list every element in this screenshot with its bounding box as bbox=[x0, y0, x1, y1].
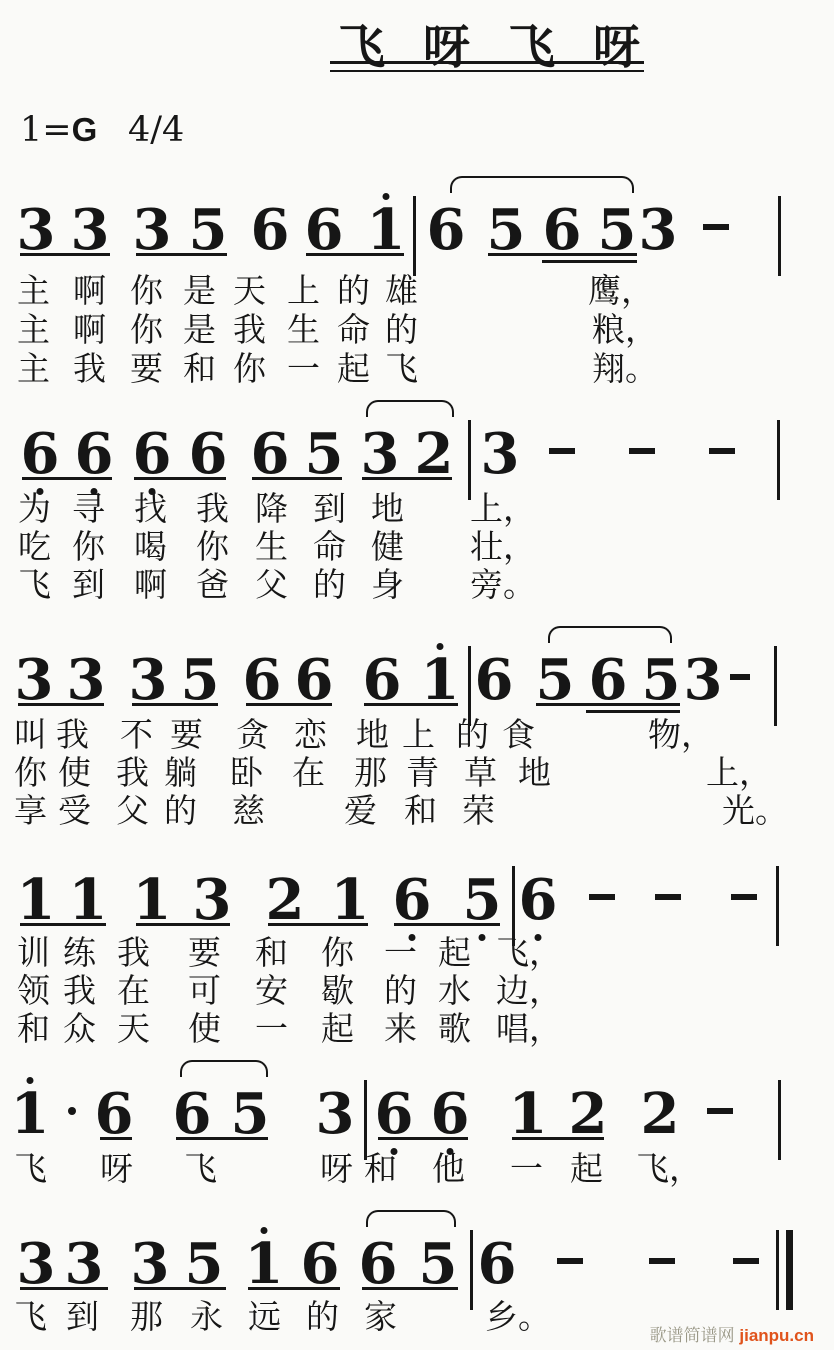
lyric-syllable: 那 bbox=[130, 1300, 163, 1333]
barline bbox=[778, 196, 781, 276]
beam-underline bbox=[20, 923, 106, 926]
note-digit: 5 bbox=[305, 426, 344, 482]
note-digit: 3 bbox=[481, 426, 520, 482]
key-prefix: 1= bbox=[20, 110, 72, 150]
note-digit: 6 bbox=[243, 652, 282, 708]
high-octave-dot bbox=[437, 643, 444, 650]
beam-underline bbox=[134, 1287, 226, 1290]
lyric-syllable: 使 bbox=[58, 756, 91, 789]
note-digit: 1 bbox=[11, 1086, 50, 1142]
lyric-syllable: 爱 bbox=[344, 794, 377, 827]
lyric-syllable: 啊 bbox=[73, 274, 106, 307]
lyric-syllable: 旁。 bbox=[470, 568, 536, 601]
lyric-syllable: 家 bbox=[364, 1300, 397, 1333]
high-octave-dot bbox=[27, 1077, 34, 1084]
note-digit: 1 bbox=[331, 872, 370, 928]
key-tonic: G bbox=[72, 111, 98, 148]
note-digit: 6 bbox=[475, 652, 514, 708]
lyric-syllable: 的 bbox=[164, 794, 197, 827]
barline bbox=[777, 420, 780, 500]
lyric-syllable: 命 bbox=[337, 313, 370, 346]
note-digit: 3 bbox=[15, 652, 54, 708]
lyric-syllable: 起 bbox=[438, 936, 471, 969]
lyric-syllable: 你 bbox=[196, 530, 229, 563]
lyric-syllable: 啊 bbox=[73, 313, 106, 346]
lyric-syllable: 找 bbox=[134, 492, 167, 525]
lyric-syllable: 要 bbox=[188, 936, 221, 969]
note-digit: 5 bbox=[189, 202, 228, 258]
note-digit: 6 bbox=[95, 1086, 134, 1142]
note-digit: 3 bbox=[639, 202, 678, 258]
lyric-syllable: 命 bbox=[313, 530, 346, 563]
lyric-syllable: 和 bbox=[404, 794, 437, 827]
lyric-syllable: 是 bbox=[183, 274, 216, 307]
note-digit: 6 bbox=[393, 872, 432, 928]
beam-underline bbox=[20, 253, 110, 256]
note-digit: 6 bbox=[133, 426, 172, 482]
beam-underline bbox=[536, 703, 680, 706]
note-digit: 3 bbox=[71, 202, 110, 258]
lyric-syllable: 是 bbox=[183, 313, 216, 346]
lyric-syllable: 身 bbox=[371, 568, 404, 601]
lyric-syllable: 边， bbox=[496, 974, 562, 1007]
final-barline-thin bbox=[776, 1230, 779, 1310]
lyric-syllable: 一 bbox=[510, 1152, 543, 1185]
watermark-site-url: jianpu.cn bbox=[739, 1326, 814, 1345]
lyric-syllable: 我 bbox=[196, 492, 229, 525]
beam-underline bbox=[22, 477, 112, 480]
note-digit: 6 bbox=[189, 426, 228, 482]
lyric-syllable: 的 bbox=[456, 718, 489, 751]
lyric-syllable: 荣 bbox=[462, 794, 495, 827]
lyric-syllable: 你 bbox=[233, 352, 266, 385]
lyric-syllable: 和 bbox=[255, 936, 288, 969]
note-digit: 1 bbox=[133, 872, 172, 928]
time-signature: 4/4 bbox=[128, 110, 184, 150]
slur-arc bbox=[180, 1060, 268, 1077]
beam-underline bbox=[394, 923, 500, 926]
watermark-site-name: 歌谱简谱网 bbox=[650, 1326, 735, 1345]
lyric-syllable: 众 bbox=[63, 1012, 96, 1045]
note-digit: 2 bbox=[415, 426, 454, 482]
note-digit: 3 bbox=[133, 202, 172, 258]
lyric-syllable: 降 bbox=[255, 492, 288, 525]
lyric-syllable: 天 bbox=[233, 274, 266, 307]
beam-underline bbox=[176, 1137, 268, 1140]
duration-dash bbox=[557, 1258, 583, 1264]
lyric-syllable: 要 bbox=[170, 718, 203, 751]
slur-arc bbox=[366, 1210, 456, 1227]
lyric-syllable: 一 bbox=[287, 352, 320, 385]
lyric-syllable: 一 bbox=[384, 936, 417, 969]
final-barline-thick bbox=[786, 1230, 793, 1310]
lyric-syllable: 你 bbox=[130, 274, 163, 307]
lyric-syllable: 你 bbox=[14, 756, 47, 789]
note-digit: 5 bbox=[536, 652, 575, 708]
lyric-syllable: 食 bbox=[502, 718, 535, 751]
beam-underline bbox=[18, 703, 104, 706]
lyric-syllable: 起 bbox=[570, 1152, 603, 1185]
note-digit: 6 bbox=[251, 202, 290, 258]
lyric-syllable: 主 bbox=[17, 274, 50, 307]
beam-underline bbox=[134, 477, 226, 480]
lyric-syllable: 父 bbox=[255, 568, 288, 601]
slur-arc bbox=[366, 400, 454, 417]
beam-underline bbox=[512, 1137, 604, 1140]
lyric-syllable: 爸 bbox=[196, 568, 229, 601]
note-digit: 3 bbox=[129, 652, 168, 708]
lyric-syllable: 生 bbox=[255, 530, 288, 563]
note-digit: 6 bbox=[21, 426, 60, 482]
lyric-syllable: 主 bbox=[17, 352, 50, 385]
lyric-syllable: 上 bbox=[402, 718, 435, 751]
high-octave-dot bbox=[383, 193, 390, 200]
lyric-syllable: 起 bbox=[321, 1012, 354, 1045]
note-digit: 5 bbox=[419, 1236, 458, 1292]
lyric-syllable: 的 bbox=[337, 274, 370, 307]
lyric-syllable: 到 bbox=[72, 568, 105, 601]
lyric-syllable: 永 bbox=[190, 1300, 223, 1333]
lyric-syllable: 飞 bbox=[14, 1300, 47, 1333]
note-digit: 6 bbox=[305, 202, 344, 258]
note-digit: 6 bbox=[375, 1086, 414, 1142]
lyric-syllable: 飞， bbox=[496, 936, 562, 969]
beam-underline bbox=[362, 477, 452, 480]
note-digit: 6 bbox=[427, 202, 466, 258]
lyric-syllable: 我 bbox=[63, 974, 96, 1007]
lyric-syllable: 那 bbox=[354, 756, 387, 789]
beam-underline bbox=[100, 1137, 132, 1140]
lyric-syllable: 歌 bbox=[438, 1012, 471, 1045]
duration-dash bbox=[731, 894, 757, 900]
slur-arc bbox=[548, 626, 672, 643]
note-digit: 5 bbox=[181, 652, 220, 708]
note-digit: 6 bbox=[359, 1236, 398, 1292]
lyric-syllable: 生 bbox=[287, 313, 320, 346]
note-digit: 6 bbox=[478, 1236, 517, 1292]
beam-underline bbox=[586, 710, 680, 713]
lyric-syllable: 起 bbox=[337, 352, 370, 385]
note-digit: 3 bbox=[65, 1236, 104, 1292]
note-digit: 3 bbox=[17, 1236, 56, 1292]
lyric-syllable: 啊 bbox=[134, 568, 167, 601]
lyric-syllable: 地 bbox=[356, 718, 389, 751]
barline bbox=[468, 420, 471, 500]
slur-arc bbox=[450, 176, 634, 193]
lyric-syllable: 和 bbox=[364, 1152, 397, 1185]
lyric-syllable: 草 bbox=[464, 756, 497, 789]
note-digit: 5 bbox=[231, 1086, 270, 1142]
duration-dash bbox=[649, 1258, 675, 1264]
beam-underline bbox=[362, 1287, 458, 1290]
beam-underline bbox=[542, 260, 637, 263]
high-octave-dot bbox=[261, 1227, 268, 1234]
lyric-syllable: 歇 bbox=[321, 974, 354, 1007]
lyric-syllable: 的 bbox=[384, 974, 417, 1007]
note-digit: 6 bbox=[75, 426, 114, 482]
lyric-syllable: 上， bbox=[470, 492, 536, 525]
lyric-syllable: 领 bbox=[17, 974, 50, 1007]
sheet-music-page: 飞呀飞呀 1=G 4/4 333566165653主啊你是天上的雄鹰，主啊你是我… bbox=[0, 0, 834, 1350]
note-digit: 3 bbox=[67, 652, 106, 708]
barline bbox=[468, 646, 471, 726]
lyric-syllable: 健 bbox=[371, 530, 404, 563]
lyric-syllable: 一 bbox=[255, 1012, 288, 1045]
beam-underline bbox=[136, 253, 227, 256]
lyric-syllable: 唱， bbox=[496, 1012, 562, 1045]
lyric-syllable: 来 bbox=[384, 1012, 417, 1045]
lyric-syllable: 飞， bbox=[636, 1152, 702, 1185]
beam-underline bbox=[246, 703, 332, 706]
duration-dash bbox=[709, 448, 735, 454]
note-digit: 6 bbox=[589, 652, 628, 708]
lyric-syllable: 我 bbox=[56, 718, 89, 751]
note-digit: 1 bbox=[421, 652, 460, 708]
lyric-syllable: 青 bbox=[406, 756, 439, 789]
duration-dash bbox=[733, 1258, 759, 1264]
watermark: 歌谱简谱网 jianpu.cn bbox=[650, 1321, 814, 1346]
note-digit: 1 bbox=[69, 872, 108, 928]
lyric-syllable: 享 bbox=[14, 794, 47, 827]
lyric-syllable: 我 bbox=[117, 936, 150, 969]
title-underline bbox=[330, 61, 644, 72]
lyric-syllable: 乡。 bbox=[485, 1300, 551, 1333]
duration-dash bbox=[707, 1108, 733, 1114]
lyric-syllable: 的 bbox=[313, 568, 346, 601]
barline bbox=[774, 646, 777, 726]
beam-underline bbox=[306, 253, 404, 256]
barline bbox=[778, 1080, 781, 1160]
duration-dash bbox=[589, 894, 615, 900]
lyric-syllable: 主 bbox=[17, 313, 50, 346]
note-digit: 3 bbox=[684, 652, 723, 708]
low-octave-dot bbox=[479, 934, 486, 941]
lyric-syllable: 壮， bbox=[470, 530, 536, 563]
note-digit: 6 bbox=[301, 1236, 340, 1292]
beam-underline bbox=[252, 477, 342, 480]
lyric-syllable: 远 bbox=[248, 1300, 281, 1333]
note-digit: 6 bbox=[363, 652, 402, 708]
lyric-syllable: 光。 bbox=[722, 794, 788, 827]
note-digit: 5 bbox=[185, 1236, 224, 1292]
beam-underline bbox=[488, 253, 637, 256]
note-digit: 1 bbox=[245, 1236, 284, 1292]
lyric-syllable: 鹰， bbox=[588, 274, 654, 307]
lyric-syllable: 物， bbox=[648, 718, 714, 751]
lyric-syllable: 吃 bbox=[18, 530, 51, 563]
note-digit: 6 bbox=[431, 1086, 470, 1142]
note-digit: 6 bbox=[251, 426, 290, 482]
lyric-syllable: 到 bbox=[313, 492, 346, 525]
note-digit: 3 bbox=[17, 202, 56, 258]
barline bbox=[413, 196, 416, 276]
lyric-syllable: 呀 bbox=[100, 1152, 133, 1185]
augmentation-dot bbox=[68, 1107, 76, 1115]
note-digit: 6 bbox=[295, 652, 334, 708]
lyric-syllable: 的 bbox=[306, 1300, 339, 1333]
note-digit: 2 bbox=[641, 1086, 680, 1142]
lyric-syllable: 在 bbox=[292, 756, 325, 789]
note-digit: 2 bbox=[569, 1086, 608, 1142]
beam-underline bbox=[20, 1287, 108, 1290]
note-digit: 3 bbox=[361, 426, 400, 482]
barline bbox=[364, 1080, 367, 1160]
barline bbox=[776, 866, 779, 946]
lyric-syllable: 你 bbox=[130, 313, 163, 346]
barline bbox=[470, 1230, 473, 1310]
duration-dash bbox=[629, 448, 655, 454]
note-digit: 6 bbox=[519, 872, 558, 928]
lyric-syllable: 飞 bbox=[385, 352, 418, 385]
lyric-syllable: 躺 bbox=[164, 756, 197, 789]
note-digit: 1 bbox=[509, 1086, 548, 1142]
lyric-syllable: 为 bbox=[18, 492, 51, 525]
lyric-syllable: 雄 bbox=[385, 274, 418, 307]
lyric-syllable: 粮， bbox=[592, 313, 658, 346]
lyric-syllable: 贪 bbox=[236, 718, 269, 751]
lyric-syllable: 慈 bbox=[232, 794, 265, 827]
lyric-syllable: 飞 bbox=[184, 1152, 217, 1185]
lyric-syllable: 使 bbox=[188, 1012, 221, 1045]
note-digit: 2 bbox=[266, 872, 305, 928]
lyric-syllable: 天 bbox=[117, 1012, 150, 1045]
lyric-syllable: 水 bbox=[438, 974, 471, 1007]
duration-dash bbox=[703, 224, 729, 230]
note-digit: 5 bbox=[598, 202, 637, 258]
note-digit: 5 bbox=[642, 652, 681, 708]
lyric-syllable: 安 bbox=[255, 974, 288, 1007]
lyric-syllable: 卧 bbox=[230, 756, 263, 789]
lyric-syllable: 不 bbox=[120, 718, 153, 751]
note-digit: 3 bbox=[193, 872, 232, 928]
lyric-syllable: 到 bbox=[66, 1300, 99, 1333]
duration-dash bbox=[549, 448, 575, 454]
lyric-syllable: 练 bbox=[63, 936, 96, 969]
beam-underline bbox=[248, 1287, 340, 1290]
lyric-syllable: 的 bbox=[385, 313, 418, 346]
lyric-syllable: 你 bbox=[72, 530, 105, 563]
lyric-syllable: 可 bbox=[188, 974, 221, 1007]
note-digit: 3 bbox=[316, 1086, 355, 1142]
lyric-syllable: 他 bbox=[432, 1152, 465, 1185]
duration-dash bbox=[730, 674, 750, 680]
note-digit: 5 bbox=[463, 872, 502, 928]
lyric-syllable: 要 bbox=[130, 352, 163, 385]
lyric-syllable: 寻 bbox=[72, 492, 105, 525]
lyric-syllable: 在 bbox=[117, 974, 150, 1007]
lyric-syllable: 叫 bbox=[14, 718, 47, 751]
beam-underline bbox=[268, 923, 368, 926]
note-digit: 1 bbox=[17, 872, 56, 928]
lyric-syllable: 受 bbox=[58, 794, 91, 827]
note-digit: 3 bbox=[131, 1236, 170, 1292]
lyric-syllable: 父 bbox=[116, 794, 149, 827]
duration-dash bbox=[655, 894, 681, 900]
beam-underline bbox=[132, 703, 218, 706]
lyric-syllable: 翔。 bbox=[592, 352, 658, 385]
lyric-syllable: 和 bbox=[17, 1012, 50, 1045]
note-digit: 6 bbox=[173, 1086, 212, 1142]
lyric-syllable: 地 bbox=[518, 756, 551, 789]
lyric-syllable: 和 bbox=[183, 352, 216, 385]
lyric-syllable: 我 bbox=[233, 313, 266, 346]
lyric-syllable: 上， bbox=[706, 756, 772, 789]
lyric-syllable: 呀 bbox=[320, 1152, 353, 1185]
lyric-syllable: 训 bbox=[17, 936, 50, 969]
note-digit: 6 bbox=[543, 202, 582, 258]
lyric-syllable: 恋 bbox=[294, 718, 327, 751]
beam-underline bbox=[136, 923, 230, 926]
lyric-syllable: 上 bbox=[287, 274, 320, 307]
note-digit: 1 bbox=[367, 202, 406, 258]
lyric-syllable: 飞 bbox=[18, 568, 51, 601]
lyric-syllable: 喝 bbox=[134, 530, 167, 563]
lyric-syllable: 飞 bbox=[14, 1152, 47, 1185]
beam-underline bbox=[364, 703, 458, 706]
note-digit: 5 bbox=[487, 202, 526, 258]
lyric-syllable: 我 bbox=[73, 352, 106, 385]
lyric-syllable: 地 bbox=[371, 492, 404, 525]
beam-underline bbox=[378, 1137, 468, 1140]
lyric-syllable: 我 bbox=[116, 756, 149, 789]
key-signature: 1=G bbox=[20, 110, 97, 150]
lyric-syllable: 你 bbox=[321, 936, 354, 969]
